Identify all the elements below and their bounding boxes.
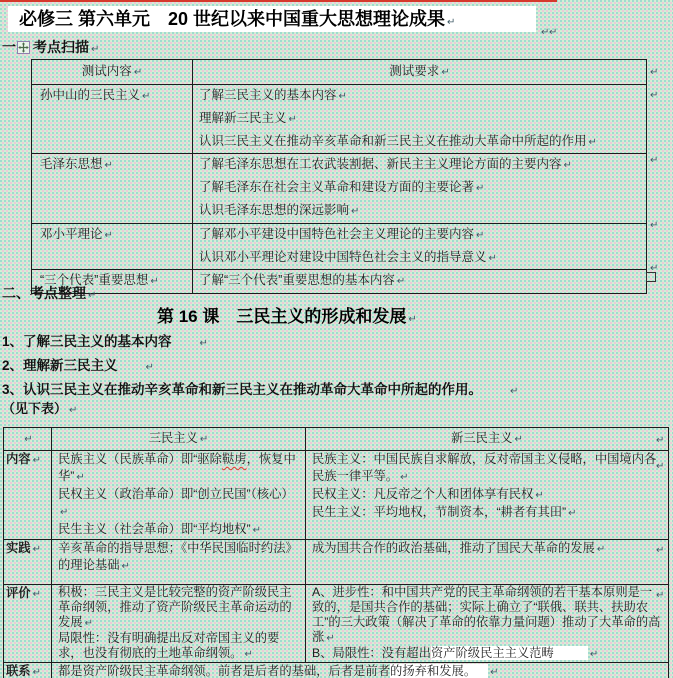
table-row-content: 内容 民族主义（民族革命）即“驱除鞑虏，恢复中华” 民权主义（政治革命）即“创立… (4, 451, 669, 540)
table-row: “三个代表”重要思想 了解“三个代表”重要思想的基本内容 (32, 270, 647, 294)
highlighted-text: 的扬弃和发展。 (390, 664, 488, 678)
evaluation-new-progressive: A、进步性：和中国共产党的民主革命纲领的若干基本原则是一致的，是国共合作的基础；… (312, 585, 664, 646)
scan-table-header-row: 测试内容 测试要求 (32, 60, 647, 85)
practice-new-cell: 成为国共合作的政治基础，推动了国民大革命的发展 (306, 540, 669, 585)
content-new-cell: 民族主义：中国民族自求解放，反对帝国主义侵略，中国境内各民族一律平等。 民权主义… (306, 451, 669, 540)
row-label-practice: 实践 (4, 540, 52, 585)
scan-req-dengxiaoping: 了解邓小平建设中国特色社会主义理论的主要内容 认识邓小平理论对建设中国特色社会主… (193, 223, 647, 270)
scan-topic-maozedong: 毛泽东思想 (32, 154, 193, 223)
page-title-text: 必修三 第六单元 20 世纪以来中国重大思想理论成果 (19, 9, 455, 29)
text-segment: 民族主义（民族革命）即“驱除 (58, 452, 222, 466)
misspelled-text: 鞑虏 (222, 452, 247, 466)
scan-topic-sanminzhuyi: 孙中山的三民主义 (32, 85, 193, 154)
requirement-line: 理解新三民主义 (199, 108, 644, 131)
content-new-minzu: 民族主义：中国民族自求解放，反对帝国主义侵略，中国境内各民族一律平等。 (312, 451, 664, 486)
objective-item: 1、了解三民主义的基本内容 (2, 331, 518, 355)
requirement-line: 了解邓小平建设中国特色社会主义理论的主要内容 (199, 224, 644, 247)
practice-old-cell: 辛亥革命的指导思想；《中华民国临时约法》的理论基础 (52, 540, 306, 585)
row-label-content: 内容 (4, 451, 52, 540)
page-title: 必修三 第六单元 20 世纪以来中国重大思想理论成果 (8, 6, 536, 32)
see-table-note: （见下表） (2, 398, 77, 417)
paragraph-mark-icon (650, 62, 658, 80)
compare-table: 三民主义 新三民主义 内容 民族主义（民族革命）即“驱除鞑虏，恢复中华” 民权主… (3, 427, 669, 678)
table-resize-handle-icon[interactable] (646, 272, 656, 282)
scan-req-maozedong: 了解毛泽东思想在工农武装割据、新民主主义理论方面的主要内容 了解毛泽东在社会主义… (193, 154, 647, 223)
requirement-line: 认识三民主义在推动辛亥革命和新三民主义在推动大革命中所起的作用 (199, 131, 644, 154)
table-row-practice: 实践 辛亥革命的指导思想；《中华民国临时约法》的理论基础 成为国共合作的政治基础… (4, 540, 669, 585)
evaluation-old-positive: 积极：三民主义是比较完整的资产阶级民主革命纲领，推动了资产阶级民主革命运动的发展 (58, 585, 301, 631)
content-old-minsheng: 民生主义（社会革命）即“平均地权” (58, 521, 301, 539)
text-segment: B、局限性：没有超出 (312, 646, 431, 660)
evaluation-new-limitation: B、局限性：没有超出资产阶级民主主义范畴 (312, 646, 664, 662)
top-red-line (0, 0, 557, 2)
objectives-list: 1、了解三民主义的基本内容 2、理解新三民主义 3、认识三民主义在推动辛亥革命和… (2, 331, 518, 403)
requirement-line: 了解“三个代表”重要思想的基本内容 (199, 270, 644, 293)
content-old-cell: 民族主义（民族革命）即“驱除鞑虏，恢复中华” 民权主义（政治革命）即“创立民国”… (52, 451, 306, 540)
requirement-line: 了解毛泽东在社会主义革命和建设方面的主要论著 (199, 177, 644, 200)
requirement-line: 了解三民主义的基本内容 (199, 85, 644, 108)
paragraph-mark-icon (656, 540, 664, 558)
requirement-line: 认识毛泽东思想的深远影响 (199, 200, 644, 223)
requirement-line: 认识邓小平理论对建设中国特色社会主义的指导意义 (199, 247, 644, 270)
table-row: 孙中山的三民主义 了解三民主义的基本内容 理解新三民主义 认识三民主义在推动辛亥… (32, 85, 647, 154)
evaluation-old-limitation: 局限性：没有明确提出反对帝国主义的要求，也没有彻底的土地革命纲领。 (58, 631, 301, 662)
paragraph-mark-icon (656, 585, 664, 603)
document-page: 必修三 第六单元 20 世纪以来中国重大思想理论成果 一考点扫描 测试内容 测试… (0, 0, 673, 678)
scan-table-header-requirement: 测试要求 (193, 60, 647, 85)
paragraph-mark-icon (650, 85, 658, 103)
text-segment: 都是资产阶级民主革命纲领。前者是后者的基础，后者是前者 (58, 664, 390, 678)
scan-table: 测试内容 测试要求 孙中山的三民主义 了解三民主义的基本内容 理解新三民主义 认… (31, 59, 647, 294)
paragraph-mark-icon (650, 215, 658, 233)
lesson-title: 第 16 课 三民主义的形成和发展 (157, 302, 417, 327)
table-row: 毛泽东思想 了解毛泽东思想在工农武装割据、新民主主义理论方面的主要内容 了解毛泽… (32, 154, 647, 223)
table-row-relation: 联系 都是资产阶级民主革命纲领。前者是后者的基础，后者是前者的扬弃和发展。 (4, 663, 669, 678)
evaluation-new-cell: A、进步性：和中国共产党的民主革命纲领的若干基本原则是一致的，是国共合作的基础；… (306, 585, 669, 663)
highlighted-text: 资产阶级民主主义范畴 (431, 646, 588, 660)
scan-table-header-content: 测试内容 (32, 60, 193, 85)
objective-item: 2、理解新三民主义 (2, 355, 518, 379)
section1-prefix: 一 (2, 39, 16, 55)
content-old-minzu: 民族主义（民族革命）即“驱除鞑虏，恢复中华” (58, 451, 301, 486)
table-row-evaluation: 评价 积极：三民主义是比较完整的资产阶级民主革命纲领，推动了资产阶级民主革命运动… (4, 585, 669, 663)
content-old-minquan: 民权主义（政治革命）即“创立民国”（核心） (58, 486, 301, 521)
scan-req-sanminzhuyi: 了解三民主义的基本内容 理解新三民主义 认识三民主义在推动辛亥革命和新三民主义在… (193, 85, 647, 154)
row-label-relation: 联系 (4, 663, 52, 678)
relation-text: 都是资产阶级民主革命纲领。前者是后者的基础，后者是前者的扬弃和发展。 (58, 663, 664, 678)
compare-table-header-row: 三民主义 新三民主义 (4, 428, 669, 451)
scan-req-sangedaibiao: 了解“三个代表”重要思想的基本内容 (193, 270, 647, 294)
requirement-line: 了解毛泽东思想在工农武装割据、新民主主义理论方面的主要内容 (199, 154, 644, 177)
compare-header-new: 新三民主义 (306, 428, 669, 451)
compare-header-old: 三民主义 (52, 428, 306, 451)
paragraph-mark-icon (656, 456, 664, 474)
practice-old-text: 辛亥革命的指导思想；《中华民国临时约法》的理论基础 (58, 540, 301, 575)
row-label-evaluation: 评价 (4, 585, 52, 663)
section-heading-exam-summary: 二、考点整理 (2, 283, 96, 303)
paragraph-mark-icon (549, 22, 557, 40)
paragraph-mark-icon (650, 150, 658, 168)
evaluation-old-cell: 积极：三民主义是比较完整的资产阶级民主革命纲领，推动了资产阶级民主革命运动的发展… (52, 585, 306, 663)
content-new-minquan: 民权主义：凡反帝之个人和团体享有民权 (312, 486, 664, 504)
scan-topic-dengxiaoping: 邓小平理论 (32, 223, 193, 270)
table-row: 邓小平理论 了解邓小平建设中国特色社会主义理论的主要内容 认识邓小平理论对建设中… (32, 223, 647, 270)
practice-new-text: 成为国共合作的政治基础，推动了国民大革命的发展 (312, 540, 664, 558)
paragraph-mark-icon (656, 430, 664, 448)
relation-cell: 都是资产阶级民主革命纲领。前者是后者的基础，后者是前者的扬弃和发展。 (52, 663, 669, 678)
compare-header-corner (4, 428, 52, 451)
objective-item: 3、认识三民主义在推动辛亥革命和新三民主义在推动革命大革命中所起的作用。 (2, 379, 518, 403)
section1-title: 考点扫描 (33, 39, 99, 55)
table-move-handle-icon[interactable] (17, 41, 30, 54)
section-heading-exam-scan: 一考点扫描 (2, 37, 99, 57)
content-new-minsheng: 民生主义：平均地权，节制资本，“耕者有其田” (312, 504, 664, 522)
